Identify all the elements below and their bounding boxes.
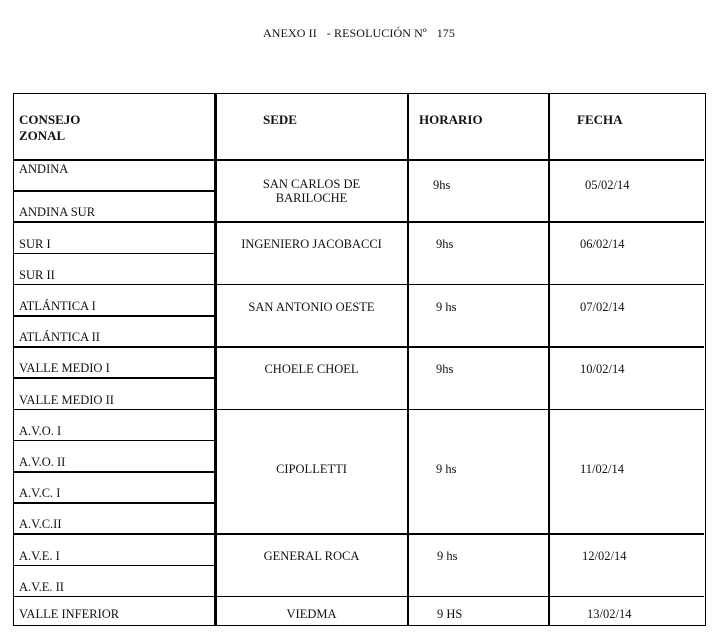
consejo-zonal-cell: A.V.C. I	[19, 486, 60, 501]
fecha-cell: 07/02/14	[580, 300, 624, 315]
fecha-cell: 05/02/14	[585, 178, 629, 193]
sede-cell: GENERAL ROCA	[216, 549, 407, 564]
sede-cell: CIPOLLETTI	[216, 462, 407, 477]
consejo-zonal-cell: ATLÁNTICA II	[19, 330, 100, 345]
sede-cell: CHOELE CHOEL	[216, 362, 407, 377]
consejo-zonal-cell: VALLE MEDIO II	[19, 393, 114, 408]
header-consejo-line1: CONSEJO	[19, 112, 80, 128]
schedule-table: CONSEJO ZONAL SEDE HORARIO FECHA ANDINAA…	[13, 93, 706, 626]
consejo-zonal-cell: ANDINA SUR	[19, 205, 95, 220]
row-divider	[14, 346, 704, 348]
header-sede: SEDE	[263, 112, 297, 128]
subrow-divider	[14, 190, 214, 192]
header-divider	[14, 159, 704, 161]
fecha-cell: 12/02/14	[582, 549, 626, 564]
title-annex: ANEXO II	[263, 26, 317, 40]
title-resolution: - RESOLUCIÓN Nº	[327, 26, 427, 40]
subrow-divider	[14, 440, 214, 442]
subrow-divider	[14, 471, 214, 473]
consejo-zonal-cell: A.V.C.II	[19, 517, 61, 532]
column-divider	[548, 94, 550, 625]
consejo-zonal-cell: VALLE INFERIOR	[19, 607, 119, 622]
fecha-cell: 06/02/14	[580, 237, 624, 252]
column-divider	[214, 94, 217, 625]
row-divider	[14, 596, 704, 598]
sede-cell-line2: BARILOCHE	[216, 191, 407, 206]
horario-cell: 9 hs	[437, 549, 458, 564]
fecha-cell: 11/02/14	[580, 462, 624, 477]
sede-cell: INGENIERO JACOBACCI	[216, 237, 407, 252]
consejo-zonal-cell: A.V.E. I	[19, 549, 60, 564]
subrow-divider	[14, 315, 214, 317]
sede-cell: VIEDMA	[216, 607, 407, 622]
column-divider	[407, 94, 409, 625]
consejo-zonal-cell: A.V.O. II	[19, 455, 65, 470]
consejo-zonal-cell: ATLÁNTICA I	[19, 299, 96, 314]
row-divider	[14, 284, 704, 286]
document-title: ANEXO II- RESOLUCIÓN Nº175	[0, 26, 718, 41]
row-divider	[14, 409, 704, 411]
row-divider	[14, 221, 704, 223]
header-fecha: FECHA	[577, 112, 623, 128]
horario-cell: 9hs	[433, 178, 450, 193]
horario-cell: 9hs	[436, 362, 453, 377]
sede-cell: SAN CARLOS DE	[216, 177, 407, 192]
horario-cell: 9 hs	[436, 462, 457, 477]
header-horario: HORARIO	[419, 112, 483, 128]
fecha-cell: 10/02/14	[580, 362, 624, 377]
subrow-divider	[14, 565, 214, 567]
row-divider	[14, 533, 704, 535]
horario-cell: 9 HS	[437, 607, 462, 622]
header-consejo-line2: ZONAL	[19, 128, 80, 144]
consejo-zonal-cell: SUR I	[19, 237, 51, 252]
consejo-zonal-cell: ANDINA	[19, 162, 68, 177]
title-resolution-number: 175	[437, 26, 455, 40]
subrow-divider	[14, 253, 214, 255]
header-consejo-zonal: CONSEJO ZONAL	[19, 112, 80, 144]
horario-cell: 9 hs	[436, 300, 457, 315]
fecha-cell: 13/02/14	[587, 607, 631, 622]
subrow-divider	[14, 377, 214, 379]
sede-cell: SAN ANTONIO OESTE	[216, 300, 407, 315]
horario-cell: 9hs	[436, 237, 453, 252]
consejo-zonal-cell: VALLE MEDIO I	[19, 361, 110, 376]
consejo-zonal-cell: A.V.O. I	[19, 424, 61, 439]
consejo-zonal-cell: SUR II	[19, 268, 55, 283]
consejo-zonal-cell: A.V.E. II	[19, 580, 64, 595]
subrow-divider	[14, 502, 214, 504]
